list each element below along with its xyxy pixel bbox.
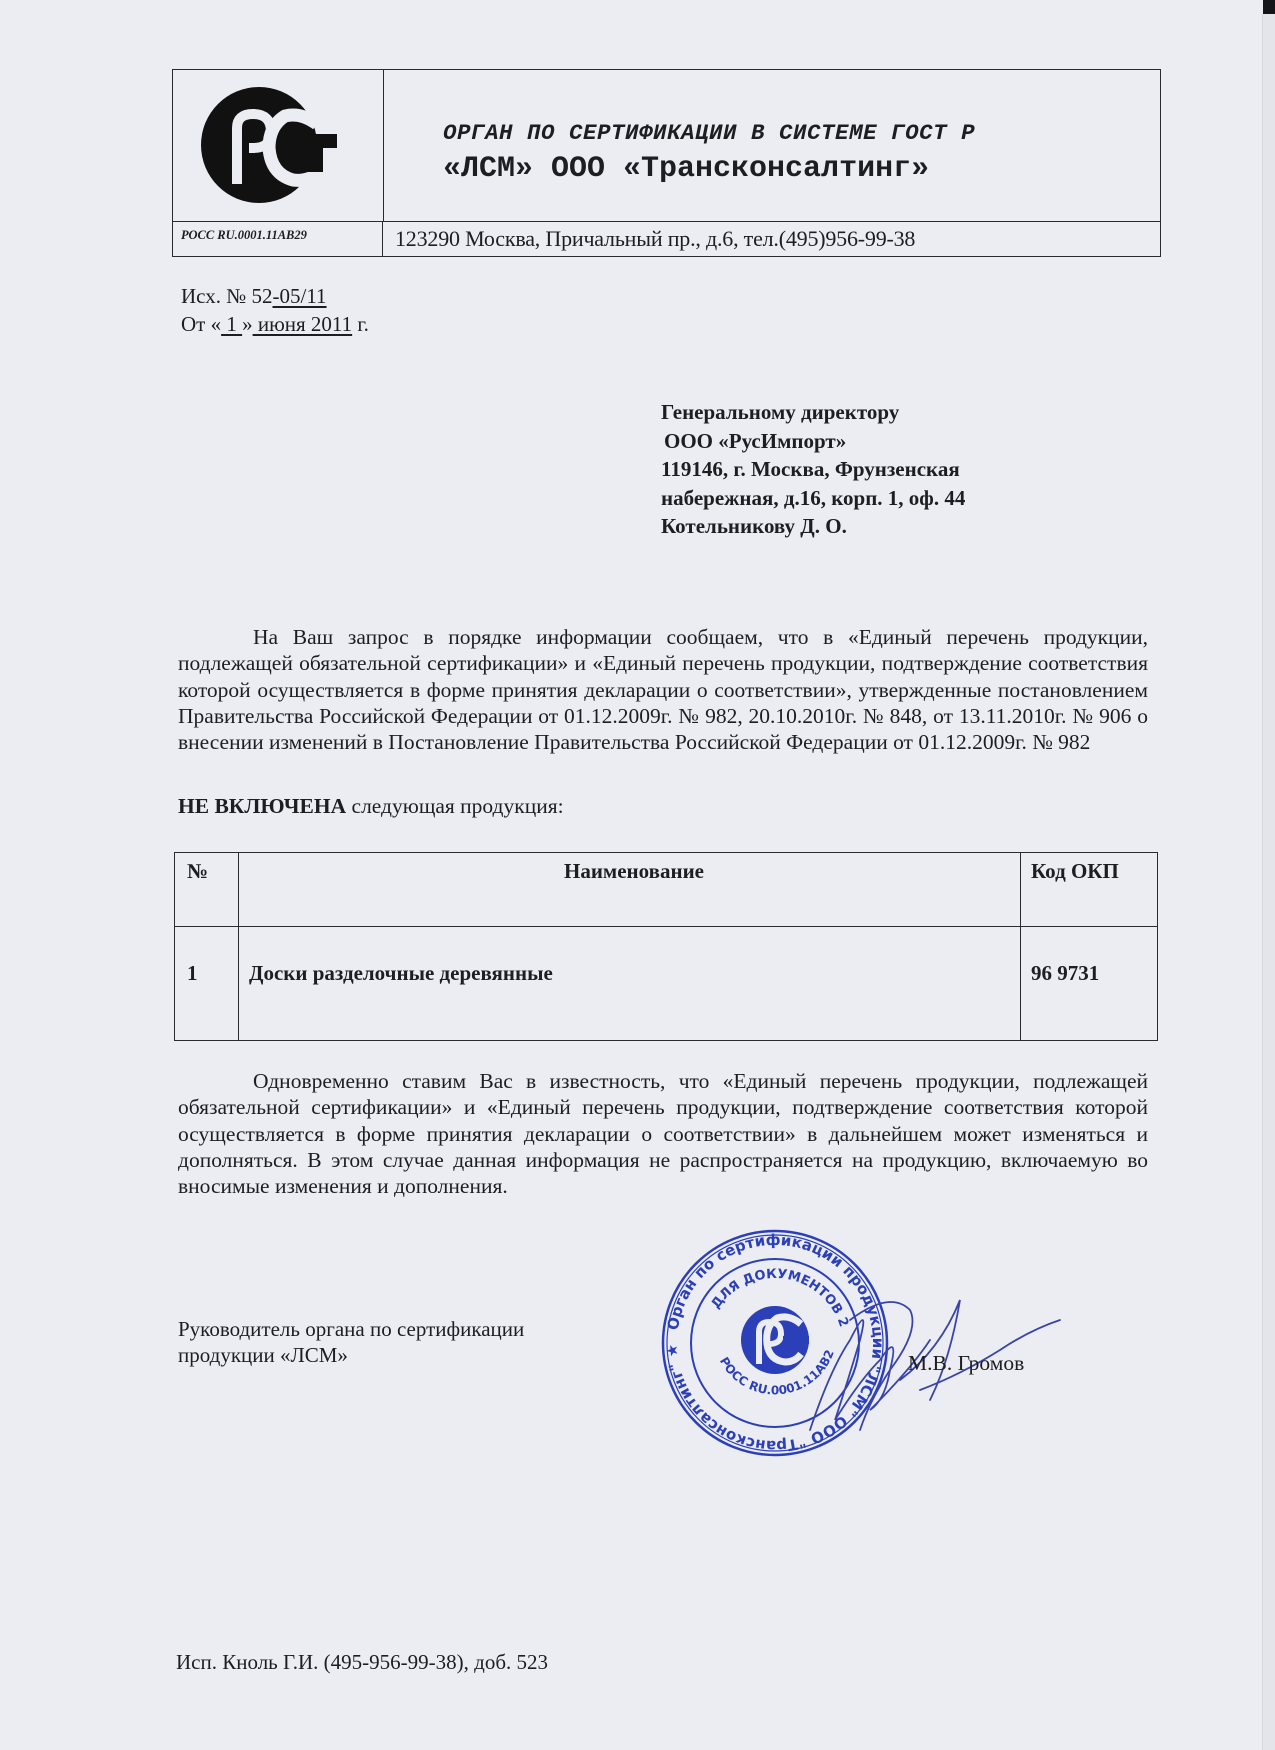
recipient-line: набережная, д.16, корп. 1, оф. 44 <box>661 484 965 513</box>
letterhead-info-row: РОСС RU.0001.11АВ29 123290 Москва, Прича… <box>173 221 1160 256</box>
letterhead-title-cell: ОРГАН ПО СЕРТИФИКАЦИИ В СИСТЕМЕ ГОСТ Р «… <box>383 70 1160 221</box>
cell-name: Доски разделочные деревянные <box>239 927 1021 1041</box>
not-included-statement: НЕ ВКЛЮЧЕНА следующая продукция: <box>178 794 564 819</box>
outgoing-number: Исх. № 52-05/11 <box>181 282 369 310</box>
recipient-line: ООО «РусИмпорт» <box>661 427 965 456</box>
recipient-line: Генеральному директору <box>661 398 965 427</box>
scan-edge-dark <box>1263 0 1275 14</box>
signatory-name: М.В. Громов <box>908 1351 1024 1376</box>
table-row: 1 Доски разделочные деревянные 96 9731 <box>175 927 1158 1041</box>
recipient-line: Котельникову Д. О. <box>661 512 965 541</box>
table-header-row: № Наименование Код ОКП <box>175 853 1158 927</box>
body-paragraph-1: На Ваш запрос в порядке информации сообщ… <box>178 624 1148 755</box>
executor-contact: Исп. Кноль Г.И. (495-956-99-38), доб. 52… <box>176 1650 548 1675</box>
scan-edge-strip <box>1262 14 1275 1750</box>
org-name-line1: ОРГАН ПО СЕРТИФИКАЦИИ В СИСТЕМЕ ГОСТ Р <box>443 120 1183 146</box>
org-name-line2: «ЛСМ» ООО «Трансконсалтинг» <box>443 152 929 186</box>
header-name: Наименование <box>239 853 1021 927</box>
header-number: № <box>175 853 239 927</box>
header-okp-code: Код ОКП <box>1021 853 1158 927</box>
cell-number: 1 <box>175 927 239 1041</box>
outgoing-date: От « 1 » июня 2011 г. <box>181 310 369 338</box>
rst-gost-logo-icon <box>197 86 357 204</box>
recipient-block: Генеральному директору ООО «РусИмпорт» 1… <box>661 398 965 541</box>
certificate-number: РОСС RU.0001.11АВ29 <box>173 222 383 256</box>
letterhead: ОРГАН ПО СЕРТИФИКАЦИИ В СИСТЕМЕ ГОСТ Р «… <box>172 69 1161 257</box>
cell-okp-code: 96 9731 <box>1021 927 1158 1041</box>
body-paragraph-2: Одновременно ставим Вас в известность, ч… <box>178 1068 1148 1199</box>
outgoing-reference: Исх. № 52-05/11 От « 1 » июня 2011 г. <box>181 282 369 338</box>
recipient-line: 119146, г. Москва, Фрунзенская <box>661 455 965 484</box>
org-address: 123290 Москва, Причальный пр., д.6, тел.… <box>395 226 915 252</box>
letterhead-logo-cell <box>173 70 384 221</box>
signatory-title: Руководитель органа по сертификации прод… <box>178 1316 524 1368</box>
product-table: № Наименование Код ОКП 1 Доски разделочн… <box>174 852 1158 1041</box>
